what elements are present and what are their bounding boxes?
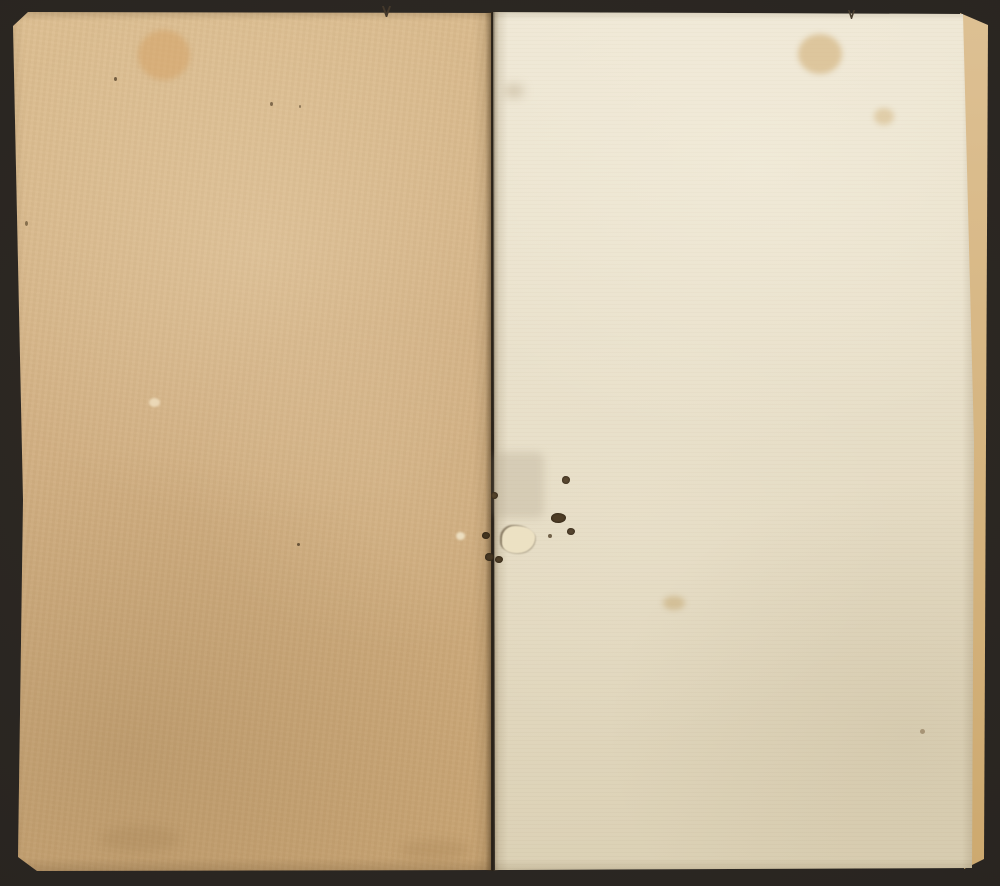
right-page (493, 12, 974, 870)
book-scan (0, 0, 1000, 886)
left-page (12, 12, 491, 871)
gutter-shadow (485, 12, 499, 871)
